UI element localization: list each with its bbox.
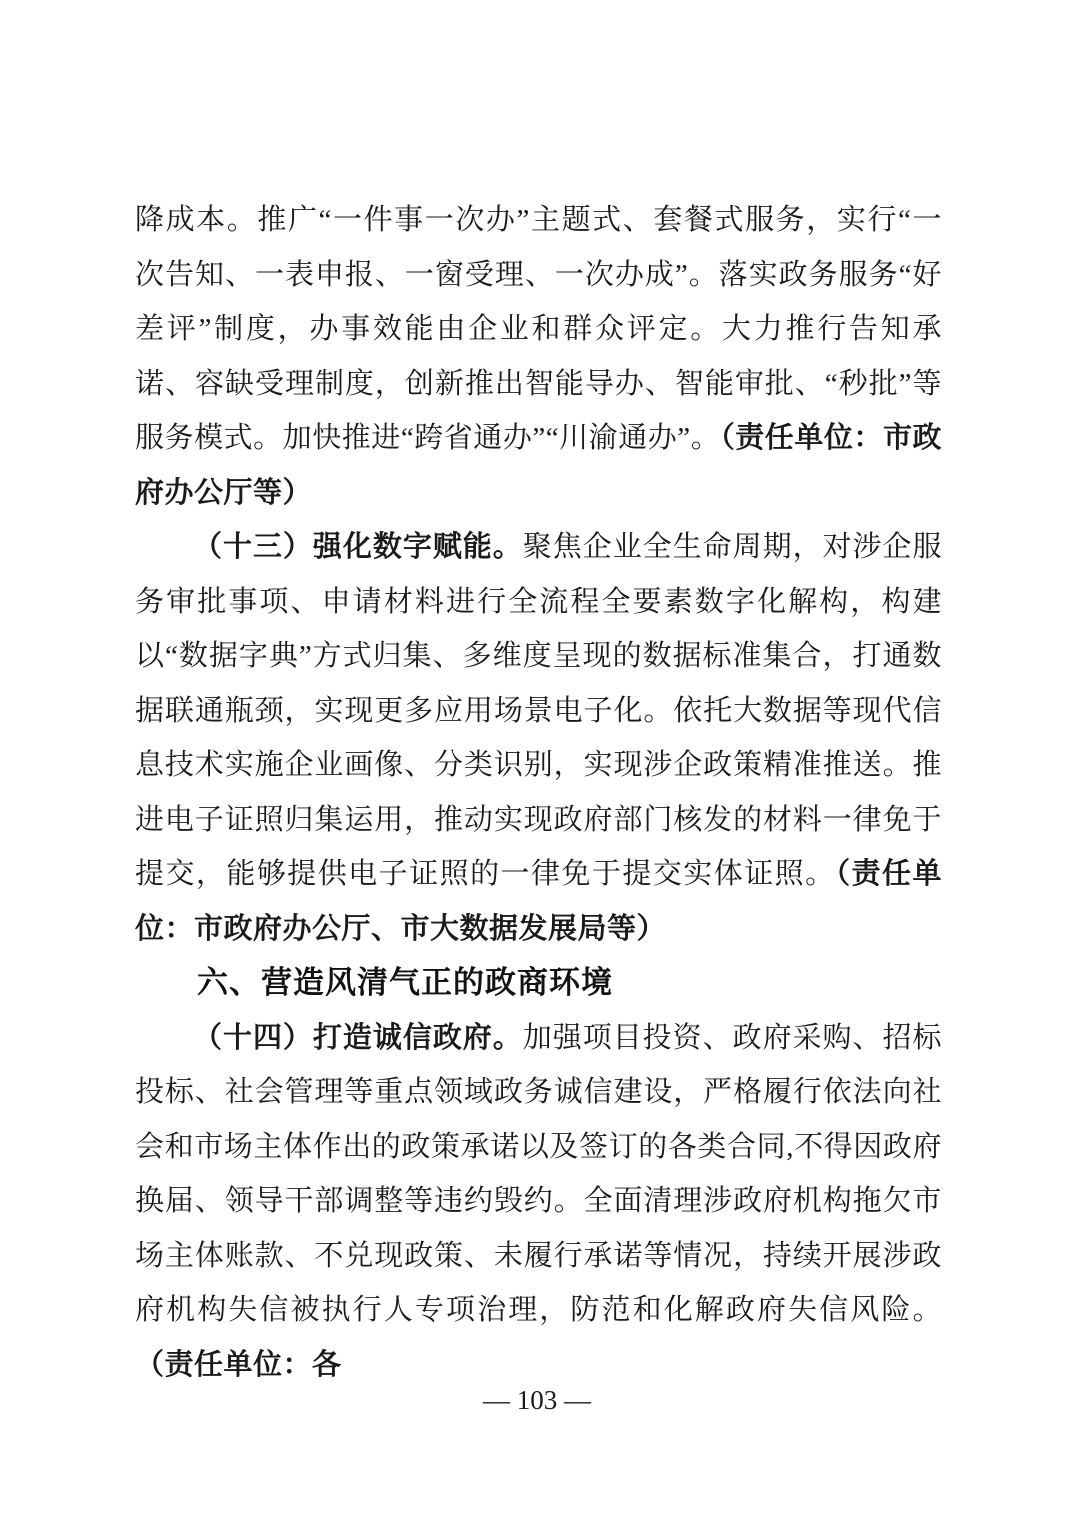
clause-lead: （十三）强化数字赋能。 bbox=[193, 531, 523, 563]
section-heading: 六、营造风清气正的政商环境 bbox=[135, 956, 942, 1011]
paragraph: 降成本。推广“一件事一次办”主题式、套餐式服务，实行“一次告知、一表申报、一窗受… bbox=[135, 193, 942, 520]
responsibility-unit: （责任单位：各 bbox=[135, 1349, 342, 1381]
paragraph-text: 降成本。推广“一件事一次办”主题式、套餐式服务，实行“一次告知、一表申报、一窗受… bbox=[135, 204, 942, 454]
paragraph-text: 加强项目投资、政府采购、招标投标、社会管理等重点领域政务诚信建设，严格履行依法向… bbox=[135, 1022, 942, 1327]
paragraph: （十四）打造诚信政府。加强项目投资、政府采购、招标投标、社会管理等重点领域政务诚… bbox=[135, 1011, 942, 1393]
clause-lead: （十四）打造诚信政府。 bbox=[193, 1022, 523, 1054]
document-page: { "meta": { "background_color": "#ffffff… bbox=[0, 0, 1074, 1520]
document-body: 降成本。推广“一件事一次办”主题式、套餐式服务，实行“一次告知、一表申报、一窗受… bbox=[135, 193, 942, 1392]
page-number: — 103 — bbox=[0, 1384, 1074, 1416]
paragraph: （十三）强化数字赋能。聚焦企业全生命周期，对涉企服务审批事项、申请材料进行全流程… bbox=[135, 520, 942, 956]
paragraph-text: 聚焦企业全生命周期，对涉企服务审批事项、申请材料进行全流程全要素数字化解构，构建… bbox=[135, 531, 942, 890]
